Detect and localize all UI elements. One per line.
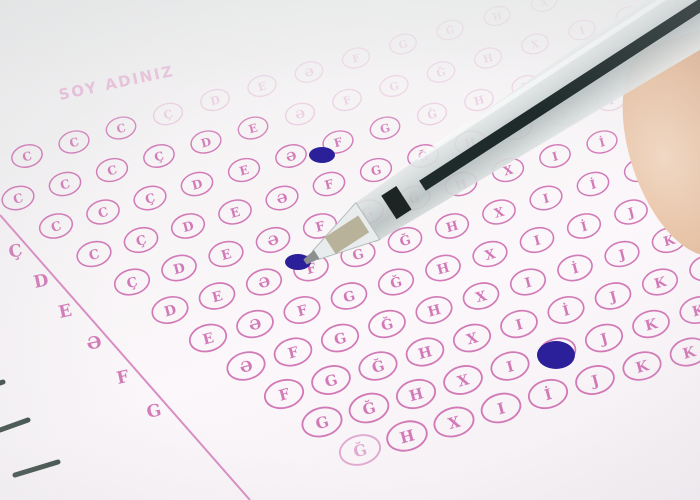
svg-text:Ç: Ç [134,233,148,250]
answer-bubble[interactable]: İ [575,169,611,199]
svg-text:E: E [247,120,259,136]
answer-bubble[interactable]: F [311,169,347,199]
answer-bubble[interactable]: H [443,169,479,199]
svg-text:Ç: Ç [143,190,157,207]
mark-right [537,341,575,369]
svg-text:I: I [533,233,543,249]
answer-bubble[interactable]: K [630,307,672,341]
answer-bubble[interactable]: D [149,293,190,327]
answer-bubble[interactable]: C [0,183,37,213]
svg-text:G: G [369,162,382,178]
answer-bubble[interactable]: F [271,334,314,369]
row-labels: ÇDEƏFG [7,241,163,423]
answer-bubble[interactable]: I [557,59,589,85]
answer-bubble[interactable]: C [104,114,138,142]
answer-bubble[interactable]: Ğ [337,431,384,469]
answer-bubble[interactable]: G [368,114,402,142]
svg-text:H: H [454,176,469,192]
answer-bubble[interactable]: H [433,210,471,241]
answer-bubble[interactable]: E [246,73,279,100]
timing-marks [0,382,58,475]
answer-bubble[interactable]: I [478,389,523,426]
answer-bubble[interactable]: Ç [141,142,176,171]
svg-text:İ: İ [616,51,624,66]
svg-text:G: G [397,38,409,52]
answer-bubble[interactable]: C [57,128,92,157]
answer-bubble[interactable]: C [47,169,83,199]
bubble-grid: CCCCÇDEƏFGĞHXIİCCCÇDEƏFGĞHXIİJKCCÇDEƏFGĞ… [0,0,700,469]
svg-text:Ğ: Ğ [379,314,395,334]
mark-pen-tip [285,254,311,270]
svg-text:I: I [495,399,506,418]
svg-text:J: J [607,289,618,306]
answer-bubble[interactable]: G [309,362,353,398]
answer-bubble[interactable]: E [226,155,262,184]
row-label: Ç [7,241,24,263]
svg-text:F: F [286,344,300,362]
answer-bubble[interactable]: X [480,197,518,228]
answer-bubble[interactable]: I [498,307,540,341]
svg-text:Ə: Ə [303,65,315,80]
answer-bubble[interactable]: X [529,0,558,14]
answer-bubble[interactable]: Ğ [425,59,457,85]
svg-text:K: K [653,274,670,293]
svg-text:X: X [511,120,523,136]
svg-text:İ: İ [607,93,616,108]
answer-bubble[interactable]: I [518,224,557,256]
answer-bubble[interactable]: X [470,238,509,270]
svg-text:Ə: Ə [266,233,281,250]
answer-bubble[interactable]: G [378,73,411,100]
answer-bubble[interactable]: X [500,114,534,142]
answer-bubble[interactable]: G [348,197,386,228]
answer-bubble[interactable]: İ [526,376,571,413]
svg-text:X: X [484,247,499,264]
svg-text:H: H [463,134,477,150]
svg-text:E: E [238,163,250,179]
answer-bubble[interactable]: G [299,403,345,440]
answer-bubble[interactable]: İ [614,4,644,28]
answer-bubble[interactable]: Ə [254,224,293,256]
svg-text:Ə: Ə [238,357,255,377]
svg-text:C: C [21,149,34,165]
answer-bubble[interactable]: J [583,321,625,356]
answer-bubble[interactable]: Ğ [415,100,449,128]
answer-bubble[interactable]: E [206,238,245,270]
answer-bubble[interactable]: Ə [283,100,317,128]
answer-bubble[interactable]: D [159,252,199,285]
answer-bubble[interactable]: F [330,86,363,113]
row-label: E [57,301,74,323]
svg-text:Ğ: Ğ [416,148,429,164]
answer-bubble[interactable]: Ğ [376,265,416,298]
svg-text:X: X [539,0,550,10]
row-label: D [32,270,51,293]
svg-text:Ğ: Ğ [426,106,439,122]
svg-text:H: H [435,261,451,279]
answer-sheet: SOY ADINIZ CCCCÇDEƏFGĞHXIİCCCÇDEƏFGĞHXIİ… [0,0,700,500]
svg-text:G: G [323,371,340,391]
svg-text:J: J [588,372,601,391]
svg-text:C: C [87,247,101,264]
answer-bubble[interactable]: C [74,238,113,270]
svg-text:Ə: Ə [257,274,273,293]
answer-bubble[interactable]: G [329,279,370,312]
svg-text:C: C [11,190,25,207]
svg-text:Ç: Ç [153,149,166,165]
answer-bubble[interactable]: X [510,73,543,100]
svg-text:I: I [560,107,569,122]
svg-text:H: H [398,426,417,447]
svg-text:G: G [360,204,374,221]
answer-bubble[interactable]: C [9,142,44,171]
answer-bubble[interactable]: K [677,293,700,327]
answer-bubble[interactable]: H [482,4,512,28]
answer-bubble[interactable]: Ç [151,100,185,128]
row-label: F [115,367,131,389]
answer-bubble[interactable]: G [319,321,361,356]
answer-bubble[interactable]: Ə [263,183,300,213]
svg-text:D: D [209,93,222,108]
svg-text:J: J [597,331,610,349]
svg-text:H: H [417,344,434,363]
answer-bubble[interactable]: X [441,362,485,398]
svg-text:İ: İ [570,261,580,278]
answer-bubble[interactable]: E [187,321,229,356]
mark-top [309,147,335,163]
svg-text:K: K [690,302,700,321]
answer-bubble[interactable]: G [338,238,377,270]
svg-text:H: H [407,384,425,405]
svg-text:X: X [502,162,515,178]
svg-text:İ: İ [542,384,554,404]
answer-bubble[interactable]: C [84,197,122,228]
answer-bubble[interactable]: Ç [122,224,161,256]
answer-bubble[interactable]: K [620,348,664,384]
svg-text:G: G [388,79,400,94]
svg-text:G: G [342,288,357,306]
svg-text:I: I [505,358,516,376]
svg-text:C: C [59,177,72,193]
svg-text:İ: İ [579,218,589,234]
svg-text:E: E [220,247,234,264]
svg-text:E: E [256,79,267,94]
answer-bubble[interactable]: X [490,155,526,184]
svg-text:H: H [472,93,485,108]
answer-bubble[interactable]: X [451,321,493,356]
row-label: G [145,400,163,423]
answer-bubble[interactable]: J [593,279,634,312]
svg-text:F: F [314,218,327,235]
answer-bubble[interactable]: İ [565,210,603,241]
answer-bubble[interactable]: E [236,114,270,142]
svg-text:Ə: Ə [294,106,307,122]
answer-bubble[interactable]: Ə [234,307,276,341]
svg-text:K: K [681,344,698,363]
svg-text:Ə: Ə [284,148,298,164]
answer-bubble[interactable]: K [667,334,700,369]
svg-text:X: X [474,288,489,306]
svg-text:Ə: Ə [247,316,263,335]
answer-bubble[interactable]: D [169,210,207,241]
svg-text:Ə: Ə [275,190,290,207]
answer-bubble[interactable]: Ğ [356,348,400,384]
svg-text:X: X [465,330,480,348]
answer-bubble[interactable]: H [384,417,430,455]
answer-bubble[interactable]: İ [585,128,620,157]
answer-bubble[interactable]: D [179,169,215,199]
svg-text:Ğ: Ğ [407,189,421,207]
svg-text:Ç: Ç [125,274,139,292]
svg-text:C: C [115,120,127,136]
answer-bubble[interactable]: E [197,279,238,312]
answer-bubble[interactable]: K [687,252,700,285]
svg-text:H: H [491,11,503,24]
answer-bubble[interactable]: Ğ [395,183,432,213]
answer-bubble[interactable]: I [537,142,572,171]
svg-text:Ğ: Ğ [444,22,456,38]
svg-text:H: H [482,52,495,66]
answer-bubble[interactable]: F [340,45,372,71]
svg-text:I: I [551,149,560,164]
answer-bubble[interactable]: C [37,210,75,241]
svg-text:C: C [96,204,110,221]
svg-text:X: X [446,413,462,433]
svg-text:X: X [520,79,532,94]
svg-text:G: G [379,120,392,136]
answer-bubble[interactable]: H [423,252,463,285]
svg-text:İ: İ [625,9,633,23]
svg-text:E: E [210,288,224,306]
answer-bubble[interactable]: J [661,0,690,14]
answer-bubble[interactable]: H [462,86,495,113]
svg-text:I: I [541,190,551,206]
answer-bubble[interactable]: X [519,31,550,56]
svg-text:İ: İ [588,176,598,192]
svg-text:C: C [49,218,63,235]
answer-bubble[interactable]: J [602,238,641,270]
svg-text:D: D [172,261,187,278]
svg-text:Ğ: Ğ [398,231,413,250]
svg-text:İ: İ [561,303,571,320]
answer-bubble[interactable]: D [198,86,231,113]
svg-text:Ç: Ç [162,106,174,122]
answer-bubble[interactable]: Ğ [405,142,440,171]
svg-text:J: J [625,204,636,220]
answer-bubble[interactable]: Ğ [366,307,408,341]
svg-text:D: D [199,134,212,150]
svg-text:I: I [569,66,577,80]
answer-bubble[interactable]: Ə [273,142,308,171]
svg-text:H: H [444,218,459,236]
header-text: SOY ADINIZ [57,62,176,104]
svg-text:J: J [672,0,681,9]
svg-text:F: F [332,134,344,150]
svg-text:C: C [68,134,81,150]
svg-text:G: G [332,330,348,349]
svg-text:X: X [530,38,541,52]
answer-bubble[interactable]: Ğ [346,389,391,426]
answer-bubble[interactable]: Ğ [435,18,465,43]
answer-bubble[interactable]: I [508,265,548,298]
svg-text:E: E [201,330,216,348]
answer-bubble[interactable]: X [431,403,477,440]
svg-text:F: F [277,385,292,405]
svg-text:Ğ: Ğ [388,273,403,292]
answer-bubble[interactable]: Ə [244,265,284,298]
svg-text:G: G [314,412,331,433]
svg-text:J: J [616,247,627,263]
svg-text:F: F [296,302,310,320]
svg-text:X: X [456,371,472,391]
answer-bubble[interactable]: J [612,197,650,228]
answer-bubble[interactable]: J [573,362,617,398]
answer-bubble[interactable]: İ [545,293,586,327]
answer-bubble[interactable]: Ğ [386,224,425,256]
answer-bubble[interactable]: I [567,18,597,43]
svg-text:D: D [181,218,196,235]
answer-bubble[interactable]: F [301,210,339,241]
answer-bubble[interactable]: F [281,293,322,327]
answer-bubble[interactable]: Ə [293,59,325,85]
svg-text:K: K [634,357,652,377]
answer-bubble[interactable]: H [472,45,504,71]
svg-text:F: F [351,52,362,66]
answer-bubble[interactable]: F [262,376,307,413]
svg-text:İ: İ [598,135,607,150]
svg-text:G: G [351,247,366,264]
svg-text:D: D [190,177,204,193]
answer-bubble[interactable]: I [527,183,564,213]
svg-text:F: F [342,93,353,108]
answer-bubble[interactable]: Ç [131,183,168,213]
svg-text:C: C [106,163,119,179]
answer-bubble[interactable]: C [94,155,130,184]
svg-text:Ğ: Ğ [361,398,378,419]
answer-bubble[interactable]: H [413,293,454,327]
answer-bubble[interactable]: H [403,334,446,369]
svg-text:I: I [514,317,524,334]
answer-bubble[interactable]: H [453,128,488,157]
svg-text:Ğ: Ğ [435,64,447,80]
answer-bubble[interactable]: Ç [112,265,152,298]
answer-bubble[interactable]: İ [555,252,595,285]
svg-text:K: K [643,316,660,335]
answer-bubble[interactable]: G [358,155,394,184]
svg-text:E: E [229,204,242,221]
answer-bubble[interactable]: X [461,279,502,312]
answer-bubble[interactable]: I [547,100,581,128]
svg-text:D: D [163,302,179,321]
svg-text:Ğ: Ğ [370,356,387,377]
answer-bubble[interactable]: D [189,128,224,157]
svg-text:H: H [426,302,443,321]
answer-bubble[interactable]: Ə [224,348,268,384]
svg-text:I: I [523,275,533,292]
answer-bubble[interactable]: H [394,376,439,413]
answer-bubble[interactable]: K [640,265,680,298]
svg-text:I: I [578,24,586,37]
row-label: Ə [85,332,104,355]
svg-text:F: F [323,177,335,193]
answer-bubble[interactable]: I [488,348,532,384]
answer-bubble[interactable]: E [216,197,254,228]
answer-bubble[interactable]: G [387,31,418,56]
svg-text:Ğ: Ğ [351,440,369,462]
svg-text:X: X [492,204,506,221]
column-divider [0,215,250,500]
answer-sheet-photo: SOY ADINIZ CCCCÇDEƏFGĞHXIİCCCÇDEƏFGĞHXIİ… [0,0,700,500]
